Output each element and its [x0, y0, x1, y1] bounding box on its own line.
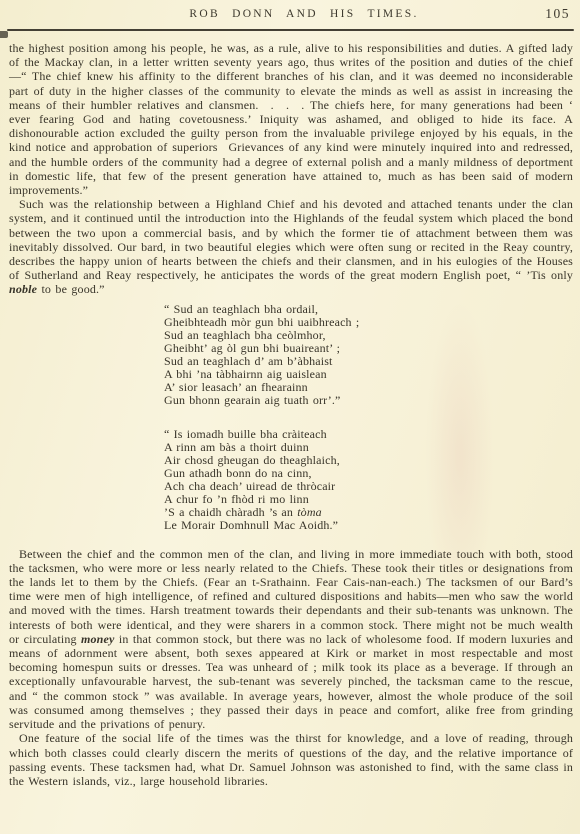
- text-run: Ach cha deach’ uiread de thròcair: [164, 479, 335, 493]
- scan-ink-blob: [0, 31, 8, 38]
- page-body: the highest position among his people, h…: [9, 41, 573, 788]
- text-run: A rinn am bàs a thoirt duinn: [164, 440, 309, 454]
- text-run: Le Morair Domhnull Mac Aoidh.”: [164, 518, 338, 532]
- text-run: Sud an teaghlach bha ceòlmhor,: [164, 328, 326, 342]
- italic-text-run: tòma: [297, 505, 322, 519]
- text-run: to be good.”: [37, 282, 105, 296]
- paragraph: One feature of the social life of the ti…: [9, 731, 573, 788]
- book-page: ROB DONN AND HIS TIMES. 105 the highest …: [0, 0, 580, 834]
- text-run: Gun bhonn gearain aig tuath orr’.”: [164, 393, 341, 407]
- verse-stanza: “ Is iomadh buille bha cràiteachA rinn a…: [164, 428, 573, 532]
- text-run: Sud an teaghlach d’ am b’àbhaist: [164, 354, 333, 368]
- text-run: “ Sud an teaghlach bha ordail,: [164, 302, 318, 316]
- paragraph: Between the chief and the common men of …: [9, 547, 573, 732]
- verse-line: Le Morair Domhnull Mac Aoidh.”: [164, 519, 573, 532]
- page-number: 105: [545, 6, 570, 22]
- verse-line: Gun bhonn gearain aig tuath orr’.”: [164, 394, 573, 407]
- text-run: Gun athadh bonn do na cinn,: [164, 466, 312, 480]
- text-run: in that common stock, but there was no l…: [9, 632, 573, 731]
- text-run: ’S a chaidh chàradh ’s an: [164, 505, 297, 519]
- text-run: Gheibhteadh mòr gun bhi uaibhreach ;: [164, 315, 359, 329]
- text-run: Air chosd gheugan do theaghlaich,: [164, 453, 340, 467]
- text-run: the highest position among his people, h…: [9, 41, 573, 197]
- running-title: ROB DONN AND HIS TIMES.: [14, 8, 580, 20]
- page-header: ROB DONN AND HIS TIMES. 105: [0, 0, 580, 30]
- paragraph: Such was the relationship between a High…: [9, 197, 573, 296]
- italic-text-run: money: [81, 632, 114, 646]
- text-run: A chur fo ’n fhòd ri mo linn: [164, 492, 309, 506]
- paragraph: the highest position among his people, h…: [9, 41, 573, 197]
- text-run: “ Is iomadh buille bha cràiteach: [164, 427, 327, 441]
- text-run: A’ sior leasach’ an fhearainn: [164, 380, 308, 394]
- text-run: A bhi ’na tàbhairnn aig uaislean: [164, 367, 327, 381]
- header-rule: [7, 29, 574, 31]
- italic-text-run: noble: [9, 282, 37, 296]
- text-run: Gheibht’ ag òl gun bhi buaireant’ ;: [164, 341, 340, 355]
- text-run: One feature of the social life of the ti…: [9, 731, 573, 788]
- verse-stanza: “ Sud an teaghlach bha ordail,Gheibhtead…: [164, 303, 573, 407]
- text-run: Such was the relationship between a High…: [9, 197, 573, 282]
